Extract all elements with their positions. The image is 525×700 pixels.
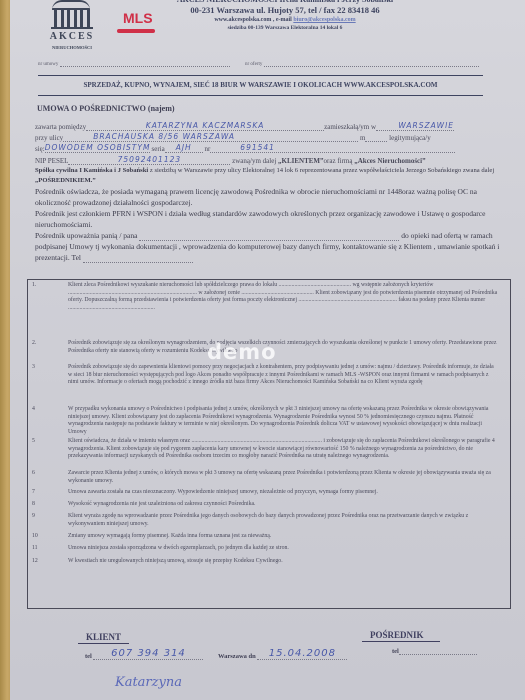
clause-number: 10 <box>32 533 46 541</box>
clause-text: Zawarcie przez Klienta jednej z umów, o … <box>68 470 498 485</box>
client-name-value: KATARZYNA KACZMARSKA <box>146 121 265 130</box>
contract-number-field: nr umowy <box>38 62 230 67</box>
web-line: www.akcespolska.com , e-mail biuro@akces… <box>160 17 410 23</box>
logo-subtitle: NIERUCHOMOŚCI <box>38 45 106 50</box>
date-value: 15.04.2008 <box>269 648 336 659</box>
client-label: KLIENT <box>78 627 129 645</box>
clause-text: Pośrednik zobowiązuje się do zapewnienia… <box>68 364 498 387</box>
membership-paragraph: Pośrednik jest członkiem PFRN i WSPON i … <box>35 208 500 230</box>
company-description: Spółka cywilna I Kamińska i J Sobański z… <box>35 166 500 185</box>
intermediary-label: POŚREDNIK <box>362 625 440 643</box>
clause-number: 7 <box>32 489 46 497</box>
clause-text: W kwestiach nie uregulowanych niniejszą … <box>68 558 498 566</box>
party-line: zawarta pomiędzyKATARZYNA KACZMARSKAzami… <box>35 121 510 131</box>
id-line: się:DOWODEM OSOBISTYM seriaAJH nr691541 <box>35 143 510 153</box>
pesel-value: 75092401123 <box>118 155 182 164</box>
client-tel-field: tel 607 394 314 <box>85 648 203 660</box>
seat-line: siedziba 00-139 Warszawa Elektoralna 14 … <box>160 25 410 31</box>
clause-number: 1. <box>32 282 46 290</box>
street-line: przy ulicyBRACHAUSKA 8/56 WARSZAWA m leg… <box>35 132 510 142</box>
license-paragraph: Pośrednik oświadcza, że posiada wymaganą… <box>35 186 500 208</box>
client-signature: Katarzyna <box>115 675 182 690</box>
street-value: BRACHAUSKA 8/56 WARSZAWA <box>93 132 235 141</box>
pesel-line: NIP PESEL75092401123 zwaną/ym dalej „KLI… <box>35 155 510 165</box>
mls-logo: MLS <box>115 10 157 36</box>
mls-wave-icon <box>117 29 155 33</box>
email-link[interactable]: biuro@akcespolska.com <box>293 17 355 23</box>
clause-text: Klient zleca Pośrednikowi wyszukanie nie… <box>68 282 498 312</box>
clauses-box: 1.Klient zleca Pośrednikowi wyszukanie n… <box>27 279 511 609</box>
client-tel-value: 607 394 314 <box>111 648 186 659</box>
clause-text: Wysokość wynagrodzenia nie jest uzależni… <box>68 501 498 509</box>
authorization-paragraph: Pośrednik upoważnia panią / pana do opie… <box>35 230 500 263</box>
intermediary-tel-field: tel <box>392 648 477 655</box>
date-field: Warszawa dn 15.04.2008 <box>218 648 347 660</box>
clause-text: Pośrednik zobowiązuje się za określonym … <box>68 340 498 355</box>
clause-number: 8 <box>32 501 46 509</box>
offer-number-field: nr oferty <box>245 62 479 67</box>
clause-number: 4 <box>32 406 46 414</box>
clause-text: Umowa niniejsza została sporządzona w dw… <box>68 545 498 553</box>
clause-number: 2. <box>32 340 46 348</box>
website: www.akcespolska.com , e-mail <box>214 17 292 23</box>
clause-number: 6 <box>32 470 46 478</box>
company-line: AKCES NIERUCHOMOŚCI Irena Kamińska i Jer… <box>160 0 410 4</box>
clause-number: 5 <box>32 438 46 446</box>
mls-logo-text: MLS <box>123 10 153 26</box>
clause-text: Klient oświadcza, że działa w imieniu wł… <box>68 438 498 461</box>
address-line: 00-231 Warszawa ul. Hujoty 57, tel / fax… <box>160 5 410 15</box>
clause-number: 3 <box>32 364 46 372</box>
clause-number: 11 <box>32 545 46 553</box>
akces-logo: AKCES NIERUCHOMOŚCI <box>38 0 110 52</box>
contract-title: UMOWA O POŚREDNICTWO (najem) <box>37 104 175 113</box>
columns-icon <box>54 9 90 27</box>
demo-watermark: demo <box>207 340 277 364</box>
clause-text: W przypadku wykonania umowy o Pośrednict… <box>68 406 498 436</box>
clause-text: Klient wyraża zgodę na wprowadzanie prze… <box>68 513 498 528</box>
city-value: WARSZAWIE <box>398 121 454 130</box>
clause-number: 12 <box>32 558 46 566</box>
clause-text: Umowa zawarta została na czas nieoznaczo… <box>68 489 498 497</box>
id-series-value: AJH <box>176 143 192 152</box>
services-banner: SPRZEDAŻ, KUPNO, WYNAJEM, SIEĆ 18 BIUR W… <box>38 75 483 96</box>
id-number-value: 691541 <box>240 143 275 152</box>
id-type-value: DOWODEM OSOBISTYM <box>45 143 151 152</box>
clause-text: Zmiany umowy wymagają formy pisemnej. Ka… <box>68 533 498 541</box>
clause-number: 9 <box>32 513 46 521</box>
logo-name: AKCES <box>38 31 106 42</box>
